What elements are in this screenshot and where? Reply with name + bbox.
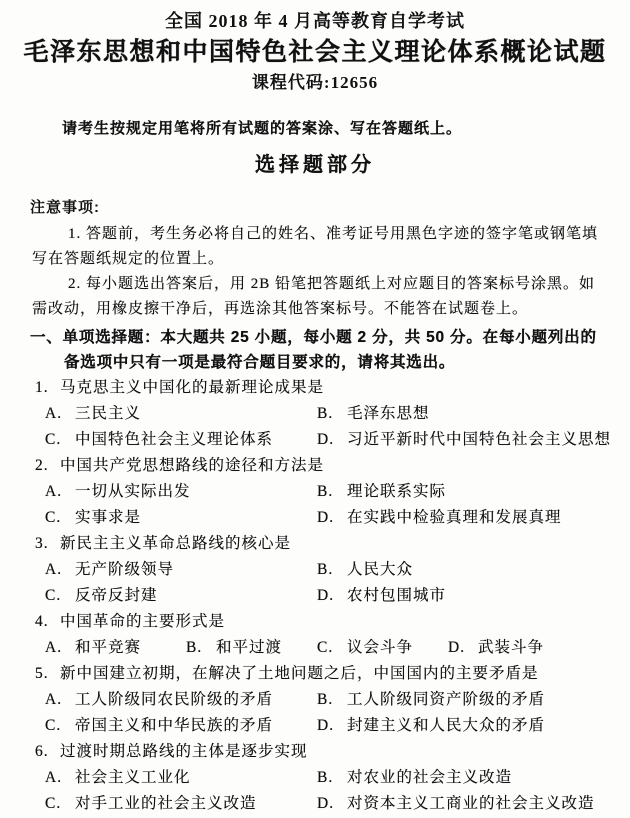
options-grid: A.社会主义工业化 B.对农业的社会主义改造 C.对手工业的社会主义改造 D.对… — [45, 765, 610, 817]
option-d: D.习近平新时代中国特色社会主义思想 — [317, 427, 611, 453]
option-d: D.武装斗争 — [448, 635, 610, 661]
option-label: C. — [45, 791, 75, 817]
part-one-heading: 一、单项选择题：本大题共 25 小题，每小题 2 分，共 50 分。在每小题列出… — [30, 325, 602, 375]
option-text: 社会主义工业化 — [75, 765, 191, 791]
option-a: A.无产阶级领导 — [45, 557, 317, 583]
notes-label: 注意事项: — [30, 197, 630, 219]
course-code: 课程代码:12656 — [0, 71, 630, 95]
option-label: C. — [45, 427, 75, 453]
question-stem: 过渡时期总路线的主体是逐步实现 — [60, 739, 308, 765]
option-label: C. — [317, 635, 347, 661]
question-stem: 马克思主义中国化的最新理论成果是 — [60, 375, 324, 401]
question-number: 1. — [35, 375, 60, 401]
options-grid: A.无产阶级领导 B.人民大众 C.反帝反封建 D.农村包围城市 — [45, 557, 610, 609]
option-c: C.对手工业的社会主义改造 — [45, 791, 317, 817]
option-label: D. — [317, 791, 347, 817]
option-text: 和平竞赛 — [75, 635, 141, 661]
question-number: 5. — [35, 661, 60, 687]
option-c: C.反帝反封建 — [45, 583, 317, 609]
option-c: C.中国特色社会主义理论体系 — [45, 427, 317, 453]
option-label: A. — [45, 765, 75, 791]
paper-title: 毛泽东思想和中国特色社会主义理论体系概论试题 — [0, 36, 630, 68]
option-label: D. — [317, 505, 347, 531]
option-a: A.工人阶级同农民阶级的矛盾 — [45, 687, 317, 713]
options-grid: A.工人阶级同农民阶级的矛盾 B.工人阶级同资产阶级的矛盾 C.帝国主义和中华民… — [45, 687, 610, 739]
question-5: 5. 新中国建立初期，在解决了土地问题之后，中国国内的主要矛盾是 A.工人阶级同… — [35, 661, 610, 739]
option-text: 人民大众 — [347, 557, 413, 583]
option-text: 实事求是 — [75, 505, 141, 531]
option-text: 工人阶级同农民阶级的矛盾 — [75, 687, 273, 713]
option-b: B.对农业的社会主义改造 — [317, 765, 610, 791]
option-a: A.社会主义工业化 — [45, 765, 317, 791]
question-stem: 中国共产党思想路线的途径和方法是 — [60, 453, 324, 479]
section-title: 选择题部分 — [0, 150, 630, 180]
options-grid: A.一切从实际出发 B.理论联系实际 C.实事求是 D.在实践中检验真理和发展真… — [45, 479, 610, 531]
option-text: 毛泽东思想 — [347, 401, 430, 427]
notes-block: 注意事项: 1. 答题前，考生务必将自己的姓名、准考证号用黑色字迹的签字笔或钢笔… — [0, 197, 630, 322]
option-label: A. — [45, 557, 75, 583]
option-label: D. — [317, 583, 347, 609]
option-text: 反帝反封建 — [75, 583, 158, 609]
option-b: B.工人阶级同资产阶级的矛盾 — [317, 687, 610, 713]
option-b: B.理论联系实际 — [317, 479, 610, 505]
option-text: 武装斗争 — [478, 635, 544, 661]
option-label: A. — [45, 401, 75, 427]
option-d: D.对资本主义工商业的社会主义改造 — [317, 791, 610, 817]
option-a: A.三民主义 — [45, 401, 317, 427]
option-d: D.封建主义和人民大众的矛盾 — [317, 713, 610, 739]
question-6: 6. 过渡时期总路线的主体是逐步实现 A.社会主义工业化 B.对农业的社会主义改… — [35, 739, 610, 817]
option-label: A. — [45, 635, 75, 661]
option-text: 议会斗争 — [347, 635, 413, 661]
option-text: 一切从实际出发 — [75, 479, 191, 505]
option-b: B.毛泽东思想 — [317, 401, 611, 427]
option-text: 理论联系实际 — [347, 479, 446, 505]
option-text: 对农业的社会主义改造 — [347, 765, 512, 791]
question-stem: 新民主主义革命总路线的核心是 — [60, 531, 291, 557]
option-label: C. — [45, 505, 75, 531]
option-label: C. — [45, 583, 75, 609]
option-text: 对手工业的社会主义改造 — [75, 791, 257, 817]
option-b: B.和平过渡 — [186, 635, 317, 661]
option-label: A. — [45, 687, 75, 713]
option-a: A.和平竞赛 — [45, 635, 186, 661]
question-number: 2. — [35, 453, 60, 479]
option-text: 农村包围城市 — [347, 583, 446, 609]
exam-session-line: 全国 2018 年 4 月高等教育自学考试 — [0, 8, 630, 34]
option-label: B. — [317, 401, 347, 427]
answer-sheet-instruction: 请考生按规定用笔将所有试题的答案涂、写在答题纸上。 — [30, 118, 600, 140]
option-label: A. — [45, 479, 75, 505]
option-d: D.农村包围城市 — [317, 583, 610, 609]
option-text: 无产阶级领导 — [75, 557, 174, 583]
question-3: 3. 新民主主义革命总路线的核心是 A.无产阶级领导 B.人民大众 C.反帝反封… — [35, 531, 610, 609]
question-4: 4. 中国革命的主要形式是 A.和平竞赛 B.和平过渡 C.议会斗争 D.武装斗… — [35, 609, 610, 661]
question-2: 2. 中国共产党思想路线的途径和方法是 A.一切从实际出发 B.理论联系实际 C… — [35, 453, 610, 531]
option-b: B.人民大众 — [317, 557, 610, 583]
option-label: B. — [317, 557, 347, 583]
option-text: 在实践中检验真理和发展真理 — [347, 505, 562, 531]
option-c: C.帝国主义和中华民族的矛盾 — [45, 713, 317, 739]
question-stem: 新中国建立初期，在解决了土地问题之后，中国国内的主要矛盾是 — [60, 661, 539, 687]
option-label: B. — [186, 635, 216, 661]
question-list: 1. 马克思主义中国化的最新理论成果是 A.三民主义 B.毛泽东思想 C.中国特… — [35, 375, 610, 817]
question-number: 6. — [35, 739, 60, 765]
options-row: A.和平竞赛 B.和平过渡 C.议会斗争 D.武装斗争 — [45, 635, 610, 661]
question-number: 3. — [35, 531, 60, 557]
option-label: B. — [317, 479, 347, 505]
option-label: D. — [317, 427, 347, 453]
option-label: D. — [448, 635, 478, 661]
question-number: 4. — [35, 609, 60, 635]
question-1: 1. 马克思主义中国化的最新理论成果是 A.三民主义 B.毛泽东思想 C.中国特… — [35, 375, 610, 453]
option-label: D. — [317, 713, 347, 739]
exam-paper-page: 全国 2018 年 4 月高等教育自学考试 毛泽东思想和中国特色社会主义理论体系… — [0, 0, 630, 818]
option-c: C.实事求是 — [45, 505, 317, 531]
options-grid: A.三民主义 B.毛泽东思想 C.中国特色社会主义理论体系 D.习近平新时代中国… — [45, 401, 610, 453]
option-text: 习近平新时代中国特色社会主义思想 — [347, 427, 611, 453]
option-label: B. — [317, 765, 347, 791]
paper-header: 全国 2018 年 4 月高等教育自学考试 毛泽东思想和中国特色社会主义理论体系… — [0, 8, 630, 95]
option-text: 对资本主义工商业的社会主义改造 — [347, 791, 595, 817]
option-text: 三民主义 — [75, 401, 141, 427]
question-stem: 中国革命的主要形式是 — [60, 609, 225, 635]
note-item-2: 2. 每小题选出答案后，用 2B 铅笔把答题纸上对应题目的答案标号涂黑。如需改动… — [32, 272, 604, 322]
option-label: B. — [317, 687, 347, 713]
option-label: C. — [45, 713, 75, 739]
option-text: 工人阶级同资产阶级的矛盾 — [347, 687, 545, 713]
option-text: 和平过渡 — [216, 635, 282, 661]
option-text: 封建主义和人民大众的矛盾 — [347, 713, 545, 739]
option-d: D.在实践中检验真理和发展真理 — [317, 505, 610, 531]
option-text: 中国特色社会主义理论体系 — [75, 427, 273, 453]
option-a: A.一切从实际出发 — [45, 479, 317, 505]
note-item-1: 1. 答题前，考生务必将自己的姓名、准考证号用黑色字迹的签字笔或钢笔填写在答题纸… — [32, 222, 604, 272]
option-text: 帝国主义和中华民族的矛盾 — [75, 713, 273, 739]
option-c: C.议会斗争 — [317, 635, 448, 661]
